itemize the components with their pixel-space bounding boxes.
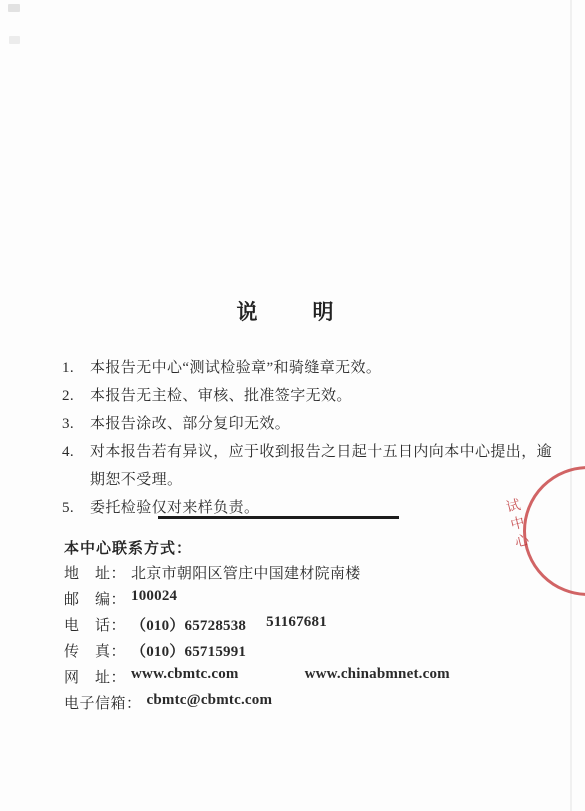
contact-label: 网 址：: [64, 666, 126, 687]
note-number: 3.: [62, 410, 90, 438]
note-text: 本报告无中心“测试检验章”和骑缝章无效。: [90, 354, 532, 382]
note-text: 本报告无主检、审核、批准签字无效。: [90, 382, 532, 410]
contact-row-zipcode: 邮 编： 100024: [64, 588, 450, 614]
note-text: 本报告涂改、部分复印无效。: [90, 410, 532, 438]
note-number: 5.: [62, 494, 90, 522]
contact-label: 电 话：: [64, 614, 126, 635]
contact-row-website: 网 址： www.cbmtc.com www.chinabmnet.com: [64, 666, 450, 692]
note-item: 4. 对本报告若有异议，应于收到报告之日起十五日内向本中心提出，逾 期恕不受理。: [62, 438, 532, 494]
scan-artifact-mark: [9, 36, 20, 44]
contact-value-secondary: www.chinabmnet.com: [305, 666, 450, 683]
page-title: 说 明: [0, 296, 578, 326]
contact-label: 电子信箱：: [64, 692, 142, 713]
contact-value: （010）65728538: [131, 614, 246, 635]
contact-heading: 本中心联系方式：: [64, 537, 192, 558]
contact-value: 100024: [131, 588, 177, 605]
note-text: 对本报告若有异议，应于收到报告之日起十五日内向本中心提出，逾 期恕不受理。: [90, 438, 552, 494]
scanned-document-page: 说 明 1. 本报告无中心“测试检验章”和骑缝章无效。 2. 本报告无主检、审核…: [0, 0, 585, 811]
contact-row-email: 电子信箱： cbmtc@cbmtc.com: [64, 692, 450, 718]
contact-info-list: 地 址： 北京市朝阳区管庄中国建材院南楼 邮 编： 100024 电 话： （0…: [64, 562, 450, 718]
contact-row-phone: 电 话： （010）65728538 51167681: [64, 614, 450, 640]
contact-label: 邮 编：: [64, 588, 126, 609]
note-item: 3. 本报告涂改、部分复印无效。: [62, 410, 532, 438]
contact-value: www.cbmtc.com: [131, 666, 239, 683]
contact-value-secondary: 51167681: [266, 614, 327, 631]
section-divider-line: [158, 516, 399, 519]
contact-row-address: 地 址： 北京市朝阳区管庄中国建材院南楼: [64, 562, 450, 588]
title-char: 说: [237, 296, 259, 326]
contact-value: 北京市朝阳区管庄中国建材院南楼: [131, 562, 361, 583]
note-number: 1.: [62, 354, 90, 382]
title-char: 明: [313, 296, 335, 326]
scan-edge-line: [570, 0, 572, 811]
contact-label: 传 真：: [64, 640, 126, 661]
contact-value: cbmtc@cbmtc.com: [147, 692, 273, 709]
contact-value: （010）65715991: [131, 640, 246, 661]
scan-artifact-mark: [8, 4, 20, 12]
contact-row-fax: 传 真： （010）65715991: [64, 640, 450, 666]
notes-list: 1. 本报告无中心“测试检验章”和骑缝章无效。 2. 本报告无主检、审核、批准签…: [62, 354, 532, 522]
note-number: 2.: [62, 382, 90, 410]
note-number: 4.: [62, 438, 90, 494]
contact-label: 地 址：: [64, 562, 126, 583]
note-item: 1. 本报告无中心“测试检验章”和骑缝章无效。: [62, 354, 532, 382]
note-item: 2. 本报告无主检、审核、批准签字无效。: [62, 382, 532, 410]
